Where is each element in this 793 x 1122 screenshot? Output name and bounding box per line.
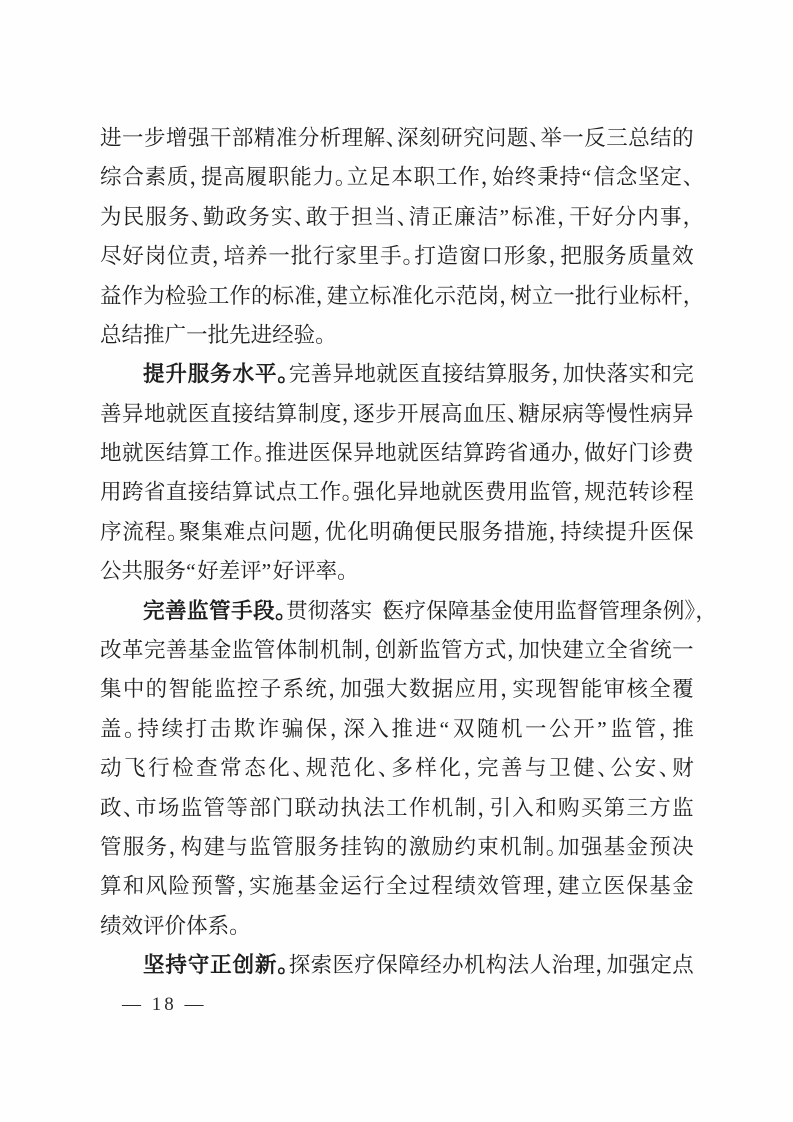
text-char: 贯: [286, 601, 308, 623]
text-char: 、: [529, 128, 540, 150]
text-char: 先: [229, 325, 251, 347]
text-char: 查: [196, 758, 218, 780]
text-char: 用: [534, 601, 556, 623]
text-char: 医: [188, 404, 210, 426]
text-char: 通: [529, 443, 551, 465]
text-char: 验: [186, 286, 208, 308]
text-char: 就: [122, 443, 144, 465]
text-char: 地: [144, 404, 166, 426]
text-char: 安: [635, 758, 657, 780]
text-char: 勤: [203, 207, 225, 229]
text-char: 行: [363, 876, 385, 898]
text-char: 常: [220, 758, 242, 780]
text-char: 。: [342, 482, 353, 504]
text-char: 职: [414, 167, 436, 189]
text-char: 构: [181, 837, 203, 859]
text-char: 持: [560, 522, 582, 544]
text-char: 盖: [100, 719, 122, 741]
text-char: 、: [386, 128, 397, 150]
text-char: 智: [168, 679, 190, 701]
text-char: 压: [485, 404, 507, 426]
text-char: 制: [523, 837, 545, 859]
text-char: 探: [289, 955, 311, 977]
text-char: 化: [268, 758, 290, 780]
text-char: 结: [210, 482, 232, 504]
text-char: 批: [208, 325, 230, 347]
text-char: 务: [165, 561, 187, 583]
text-char: 算: [100, 876, 122, 898]
text-char: 善: [311, 364, 333, 386]
text-char: 家: [335, 246, 357, 268]
text-char: 立: [581, 876, 603, 898]
text-char: ，: [595, 955, 606, 977]
text-char: 彻: [308, 601, 330, 623]
text-char: 位: [167, 246, 189, 268]
text-char: 一: [268, 246, 290, 268]
text-char: 风: [146, 876, 168, 898]
text-char: 、: [597, 758, 608, 780]
text-char: 、: [191, 207, 202, 229]
text-char: 系: [283, 679, 305, 701]
text-char: 的: [672, 128, 694, 150]
text-char: 基: [604, 837, 626, 859]
text-char: 作: [232, 443, 254, 465]
text-char: 加: [340, 679, 362, 701]
text-char: 监: [672, 798, 694, 820]
text-char: 励: [432, 837, 454, 859]
text-char: 反: [584, 128, 606, 150]
text-char: 强: [628, 955, 650, 977]
text-char: 续: [162, 719, 184, 741]
text-char: 进: [287, 443, 309, 465]
text-char: 增: [166, 128, 188, 150]
text-char: 坚: [638, 167, 660, 189]
text-char: 民: [123, 207, 145, 229]
text-char: 力: [313, 167, 335, 189]
text-char: 完: [289, 364, 311, 386]
text-char: 接: [188, 482, 210, 504]
text-char: 就: [441, 482, 463, 504]
text-line: 尽好岗位责，培养一批行家里手。打造窗口形象，把服务质量效: [100, 237, 694, 276]
text-char: 范: [606, 482, 628, 504]
text-char: 、: [659, 758, 670, 780]
text-char: 构: [486, 955, 508, 977]
text-char: 量: [650, 246, 672, 268]
text-char: 公: [100, 561, 122, 583]
text-char: 业: [618, 286, 640, 308]
text-line: 动飞行检查常态化、规范化、多样化，完善与卫健、公安、财: [100, 749, 694, 788]
text-char: 机: [432, 798, 454, 820]
text-char: 地: [419, 482, 441, 504]
text-char: 就: [397, 443, 419, 465]
text-char: 造: [437, 246, 459, 268]
text-char: 推: [265, 443, 287, 465]
paragraph-lead-char: 坚: [143, 955, 165, 977]
text-char: ，: [573, 443, 584, 465]
text-char: 金: [626, 837, 648, 859]
text-char: 为: [100, 207, 122, 229]
text-char: 办: [442, 955, 464, 977]
text-char: 。: [124, 719, 135, 741]
text-char: 式: [485, 640, 507, 662]
text-char: “: [439, 719, 450, 741]
text-char: 推: [672, 719, 694, 741]
text-char: 聚: [179, 522, 201, 544]
text-char: ，: [189, 167, 200, 189]
text-char: ，: [659, 719, 670, 741]
text-char: 统: [650, 640, 672, 662]
text-char: 合: [122, 167, 144, 189]
text-line: 盖。持续打击欺诈骗保，深入推进“双随机一公开”监管，推: [100, 710, 694, 749]
text-char: 好: [197, 561, 219, 583]
text-char: 程: [145, 522, 167, 544]
text-char: 执: [340, 798, 362, 820]
text-char: 总: [628, 128, 650, 150]
text-char: 管: [551, 482, 573, 504]
text-char: 核: [626, 679, 648, 701]
text-char: 一: [672, 640, 694, 662]
text-char: 医: [463, 482, 485, 504]
text-char: 革: [122, 640, 144, 662]
text-char: 于: [329, 207, 351, 229]
document-page: 进一步增强干部精准分析理解、深刻研究问题、举一反三总结的综合素质，提高履职能力。…: [0, 0, 793, 1122]
text-char: 购: [558, 798, 580, 820]
text-char: 落: [329, 601, 351, 623]
text-char: 人: [530, 955, 552, 977]
text-char: 方: [649, 798, 671, 820]
text-char: ，: [549, 246, 560, 268]
text-char: 能: [191, 679, 213, 701]
text-char: 第: [604, 798, 626, 820]
text-char: 分: [615, 207, 637, 229]
text-char: 、: [683, 167, 694, 189]
text-line: 完善监管手段。贯彻落实《医疗保障基金使用监督管理条例》，: [100, 592, 694, 631]
text-char: 政: [100, 798, 122, 820]
text-char: 规: [306, 758, 328, 780]
text-char: 理: [523, 876, 545, 898]
text-char: 干: [210, 128, 232, 150]
text-char: 析: [320, 128, 342, 150]
text-char: 管: [100, 837, 122, 859]
text-char: 终: [515, 167, 537, 189]
text-char: ，: [330, 719, 341, 741]
text-char: 化: [413, 286, 435, 308]
text-char: 务: [146, 837, 168, 859]
text-line: 绩效评价体系。: [100, 907, 694, 946]
text-char: ，: [477, 798, 488, 820]
text-char: 行: [148, 758, 170, 780]
text-char: 准: [276, 128, 298, 150]
text-char: 建: [562, 640, 584, 662]
text-char: 善: [166, 640, 188, 662]
text-char: 和: [535, 798, 557, 820]
text-line: 善异地就医直接结算制度，逐步开展高血压、糖尿病等慢性病异: [100, 395, 694, 434]
text-char: 保: [306, 719, 328, 741]
text-char: 基: [649, 876, 671, 898]
text-char: 条: [641, 601, 663, 623]
text-char: 一: [525, 719, 547, 741]
text-char: 点: [246, 522, 268, 544]
text-char: 全: [606, 640, 628, 662]
text-char: ，: [695, 601, 706, 623]
paragraph-lead-char: 服: [188, 364, 210, 386]
text-char: 进: [100, 128, 122, 150]
paragraph-lead-char: 手: [231, 601, 253, 623]
text-char: 化: [347, 522, 369, 544]
text-char: 健: [573, 758, 595, 780]
text-char: 基: [469, 601, 491, 623]
text-char: 新: [397, 640, 419, 662]
text-char: 打: [414, 246, 436, 268]
text-char: 范: [330, 758, 352, 780]
text-char: 加: [607, 955, 629, 977]
text-char: 买: [581, 798, 603, 820]
text-char: 异: [397, 482, 419, 504]
text-char: 理: [573, 955, 595, 977]
text-char: 动: [100, 758, 122, 780]
text-char: 实: [628, 364, 650, 386]
text-char: 和: [650, 364, 672, 386]
text-char: 务: [481, 522, 503, 544]
text-char: ，: [313, 522, 324, 544]
text-char: 公: [611, 758, 633, 780]
text-char: 措: [504, 522, 526, 544]
text-char: 钩: [363, 837, 385, 859]
text-char: 理: [620, 601, 642, 623]
paragraph-lead-char: 段: [253, 601, 275, 623]
text-char: 做: [584, 443, 606, 465]
text-char: 基: [295, 876, 317, 898]
text-char: 用: [507, 482, 529, 504]
text-char: 益: [100, 286, 122, 308]
text-char: “: [186, 561, 197, 583]
text-char: 行: [596, 286, 618, 308]
text-char: 批: [575, 286, 597, 308]
text-char: 评: [143, 916, 165, 938]
text-char: 性: [628, 404, 650, 426]
text-char: 。: [254, 443, 265, 465]
text-char: 总: [100, 325, 122, 347]
text-char: 念: [616, 167, 638, 189]
text-char: 预: [191, 876, 213, 898]
text-line: 提升服务水平。完善异地就医直接结算服务，加快落实和完: [100, 355, 694, 394]
text-char: 入: [512, 798, 534, 820]
text-char: 创: [375, 640, 397, 662]
text-char: 服: [508, 364, 530, 386]
text-char: 绩: [100, 916, 122, 938]
text-char: 管: [204, 798, 226, 820]
text-char: 财: [672, 758, 694, 780]
text-char: ，: [316, 286, 327, 308]
text-char: 务: [248, 207, 270, 229]
text-char: 据: [432, 679, 454, 701]
text-char: 医: [604, 876, 626, 898]
paragraph-lead-char: 善: [165, 601, 187, 623]
paragraph-lead-char: 管: [209, 601, 231, 623]
text-char: 秉: [537, 167, 559, 189]
text-char: 加: [518, 640, 540, 662]
text-char: 。: [403, 246, 414, 268]
text-char: 理: [342, 128, 364, 150]
text-char: 施: [272, 876, 294, 898]
text-char: 服: [459, 522, 481, 544]
text-char: 高: [441, 404, 463, 426]
text-char: 究: [463, 128, 485, 150]
text-char: 、: [123, 798, 134, 820]
text-char: ”: [597, 719, 608, 741]
text-char: 保: [672, 522, 694, 544]
text-char: 医: [383, 601, 405, 623]
text-char: 覆: [672, 679, 694, 701]
text-char: 就: [166, 404, 188, 426]
text-char: 。: [229, 916, 240, 938]
text-char: 。: [546, 837, 557, 859]
text-char: 结: [166, 443, 188, 465]
text-char: 好: [592, 207, 614, 229]
text-char: ，: [573, 482, 584, 504]
text-char: 研: [441, 128, 463, 150]
text-char: 便: [414, 522, 436, 544]
text-char: ，: [212, 246, 223, 268]
text-char: 始: [492, 167, 514, 189]
text-char: 异: [122, 404, 144, 426]
text-char: 化: [375, 482, 397, 504]
text-char: 逐: [353, 404, 375, 426]
text-char: 全: [386, 876, 408, 898]
text-char: 作: [320, 482, 342, 504]
text-char: 服: [143, 561, 165, 583]
text-line: 管服务，构建与监管服务挂钩的激励约束机制。加强基金预决: [100, 828, 694, 867]
text-char: 养: [246, 246, 268, 268]
text-char: 建: [558, 876, 580, 898]
text-char: 。: [337, 561, 348, 583]
text-char: 部: [249, 798, 271, 820]
text-line: 集中的智能监控子系统，加强大数据应用，实现智能审核全覆: [100, 670, 694, 709]
text-char: 金: [672, 876, 694, 898]
text-char: 立: [532, 286, 554, 308]
text-char: 杆: [661, 286, 683, 308]
text-char: 能: [290, 167, 312, 189]
text-char: 象: [526, 246, 548, 268]
text-char: 工: [436, 167, 458, 189]
text-char: 准: [534, 207, 556, 229]
text-char: 击: [210, 719, 232, 741]
text-char: 完: [144, 640, 166, 662]
text-char: 作: [409, 798, 431, 820]
text-char: 医: [309, 443, 331, 465]
text-char: 的: [251, 286, 273, 308]
text-char: 定: [660, 167, 682, 189]
text-char: 体: [276, 640, 298, 662]
paragraph-lead-char: 新: [255, 955, 277, 977]
text-char: 好: [606, 443, 628, 465]
text-char: 体: [186, 916, 208, 938]
text-char: 监: [232, 640, 254, 662]
text-char: 评: [240, 561, 262, 583]
text-char: 足: [369, 167, 391, 189]
text-char: 一: [553, 286, 575, 308]
paragraph-lead-char: 。: [275, 601, 286, 623]
text-char: 保: [426, 601, 448, 623]
text-char: 机: [500, 837, 522, 859]
text-char: ，: [481, 167, 492, 189]
text-char: 大: [386, 679, 408, 701]
text-char: ”: [262, 561, 273, 583]
text-char: 建: [327, 286, 349, 308]
text-char: 金: [491, 601, 513, 623]
paragraph-lead-char: 创: [233, 955, 255, 977]
text-char: 立: [348, 286, 370, 308]
text-char: 管: [441, 640, 463, 662]
text-char: 障: [448, 601, 470, 623]
text-char: 飞: [124, 758, 146, 780]
text-char: 制: [342, 640, 364, 662]
text-char: 公: [549, 719, 571, 741]
text-char: 诈: [258, 719, 280, 741]
text-char: 保: [626, 876, 648, 898]
text-char: 省: [507, 443, 529, 465]
text-char: 为: [143, 286, 165, 308]
text-char: 疗: [354, 955, 376, 977]
text-char: 运: [340, 876, 362, 898]
text-char: 病: [562, 404, 584, 426]
text-char: ，: [463, 758, 474, 780]
text-char: 把: [560, 246, 582, 268]
text-char: 应: [454, 679, 476, 701]
text-char: 务: [530, 364, 552, 386]
text-char: 检: [172, 758, 194, 780]
text-char: 过: [409, 876, 431, 898]
text-char: 信: [593, 167, 615, 189]
paragraph-lead-char: 守: [188, 955, 210, 977]
text-char: 廉: [454, 207, 476, 229]
text-char: 办: [551, 443, 573, 465]
text-char: 强: [363, 679, 385, 701]
text-char: 障: [398, 955, 420, 977]
text-char: 异: [672, 404, 694, 426]
text-char: “: [582, 167, 593, 189]
text-char: 难: [224, 522, 246, 544]
text-char: 卫: [549, 758, 571, 780]
text-char: 本: [391, 167, 413, 189]
text-char: 的: [386, 837, 408, 859]
text-char: 金: [210, 640, 232, 662]
text-char: 索: [311, 955, 333, 977]
text-char: 异: [333, 364, 355, 386]
text-char: 部: [232, 128, 254, 150]
text-char: 工: [386, 798, 408, 820]
text-char: 清: [409, 207, 431, 229]
text-char: 治: [551, 955, 573, 977]
text-char: 预: [649, 837, 671, 859]
text-char: 干: [569, 207, 591, 229]
text-char: 管: [254, 640, 276, 662]
text-char: 挂: [340, 837, 362, 859]
text-char: 跨: [122, 482, 144, 504]
text-char: 结: [254, 404, 276, 426]
text-char: 标: [273, 286, 295, 308]
text-char: 能: [581, 679, 603, 701]
text-char: 警: [214, 876, 236, 898]
text-char: 结: [464, 364, 486, 386]
text-char: 机: [320, 640, 342, 662]
text-char: 好: [273, 561, 295, 583]
text-char: 化: [439, 758, 461, 780]
text-char: 序: [100, 522, 122, 544]
text-char: 树: [510, 286, 532, 308]
text-char: 方: [463, 640, 485, 662]
text-char: 务: [318, 837, 340, 859]
